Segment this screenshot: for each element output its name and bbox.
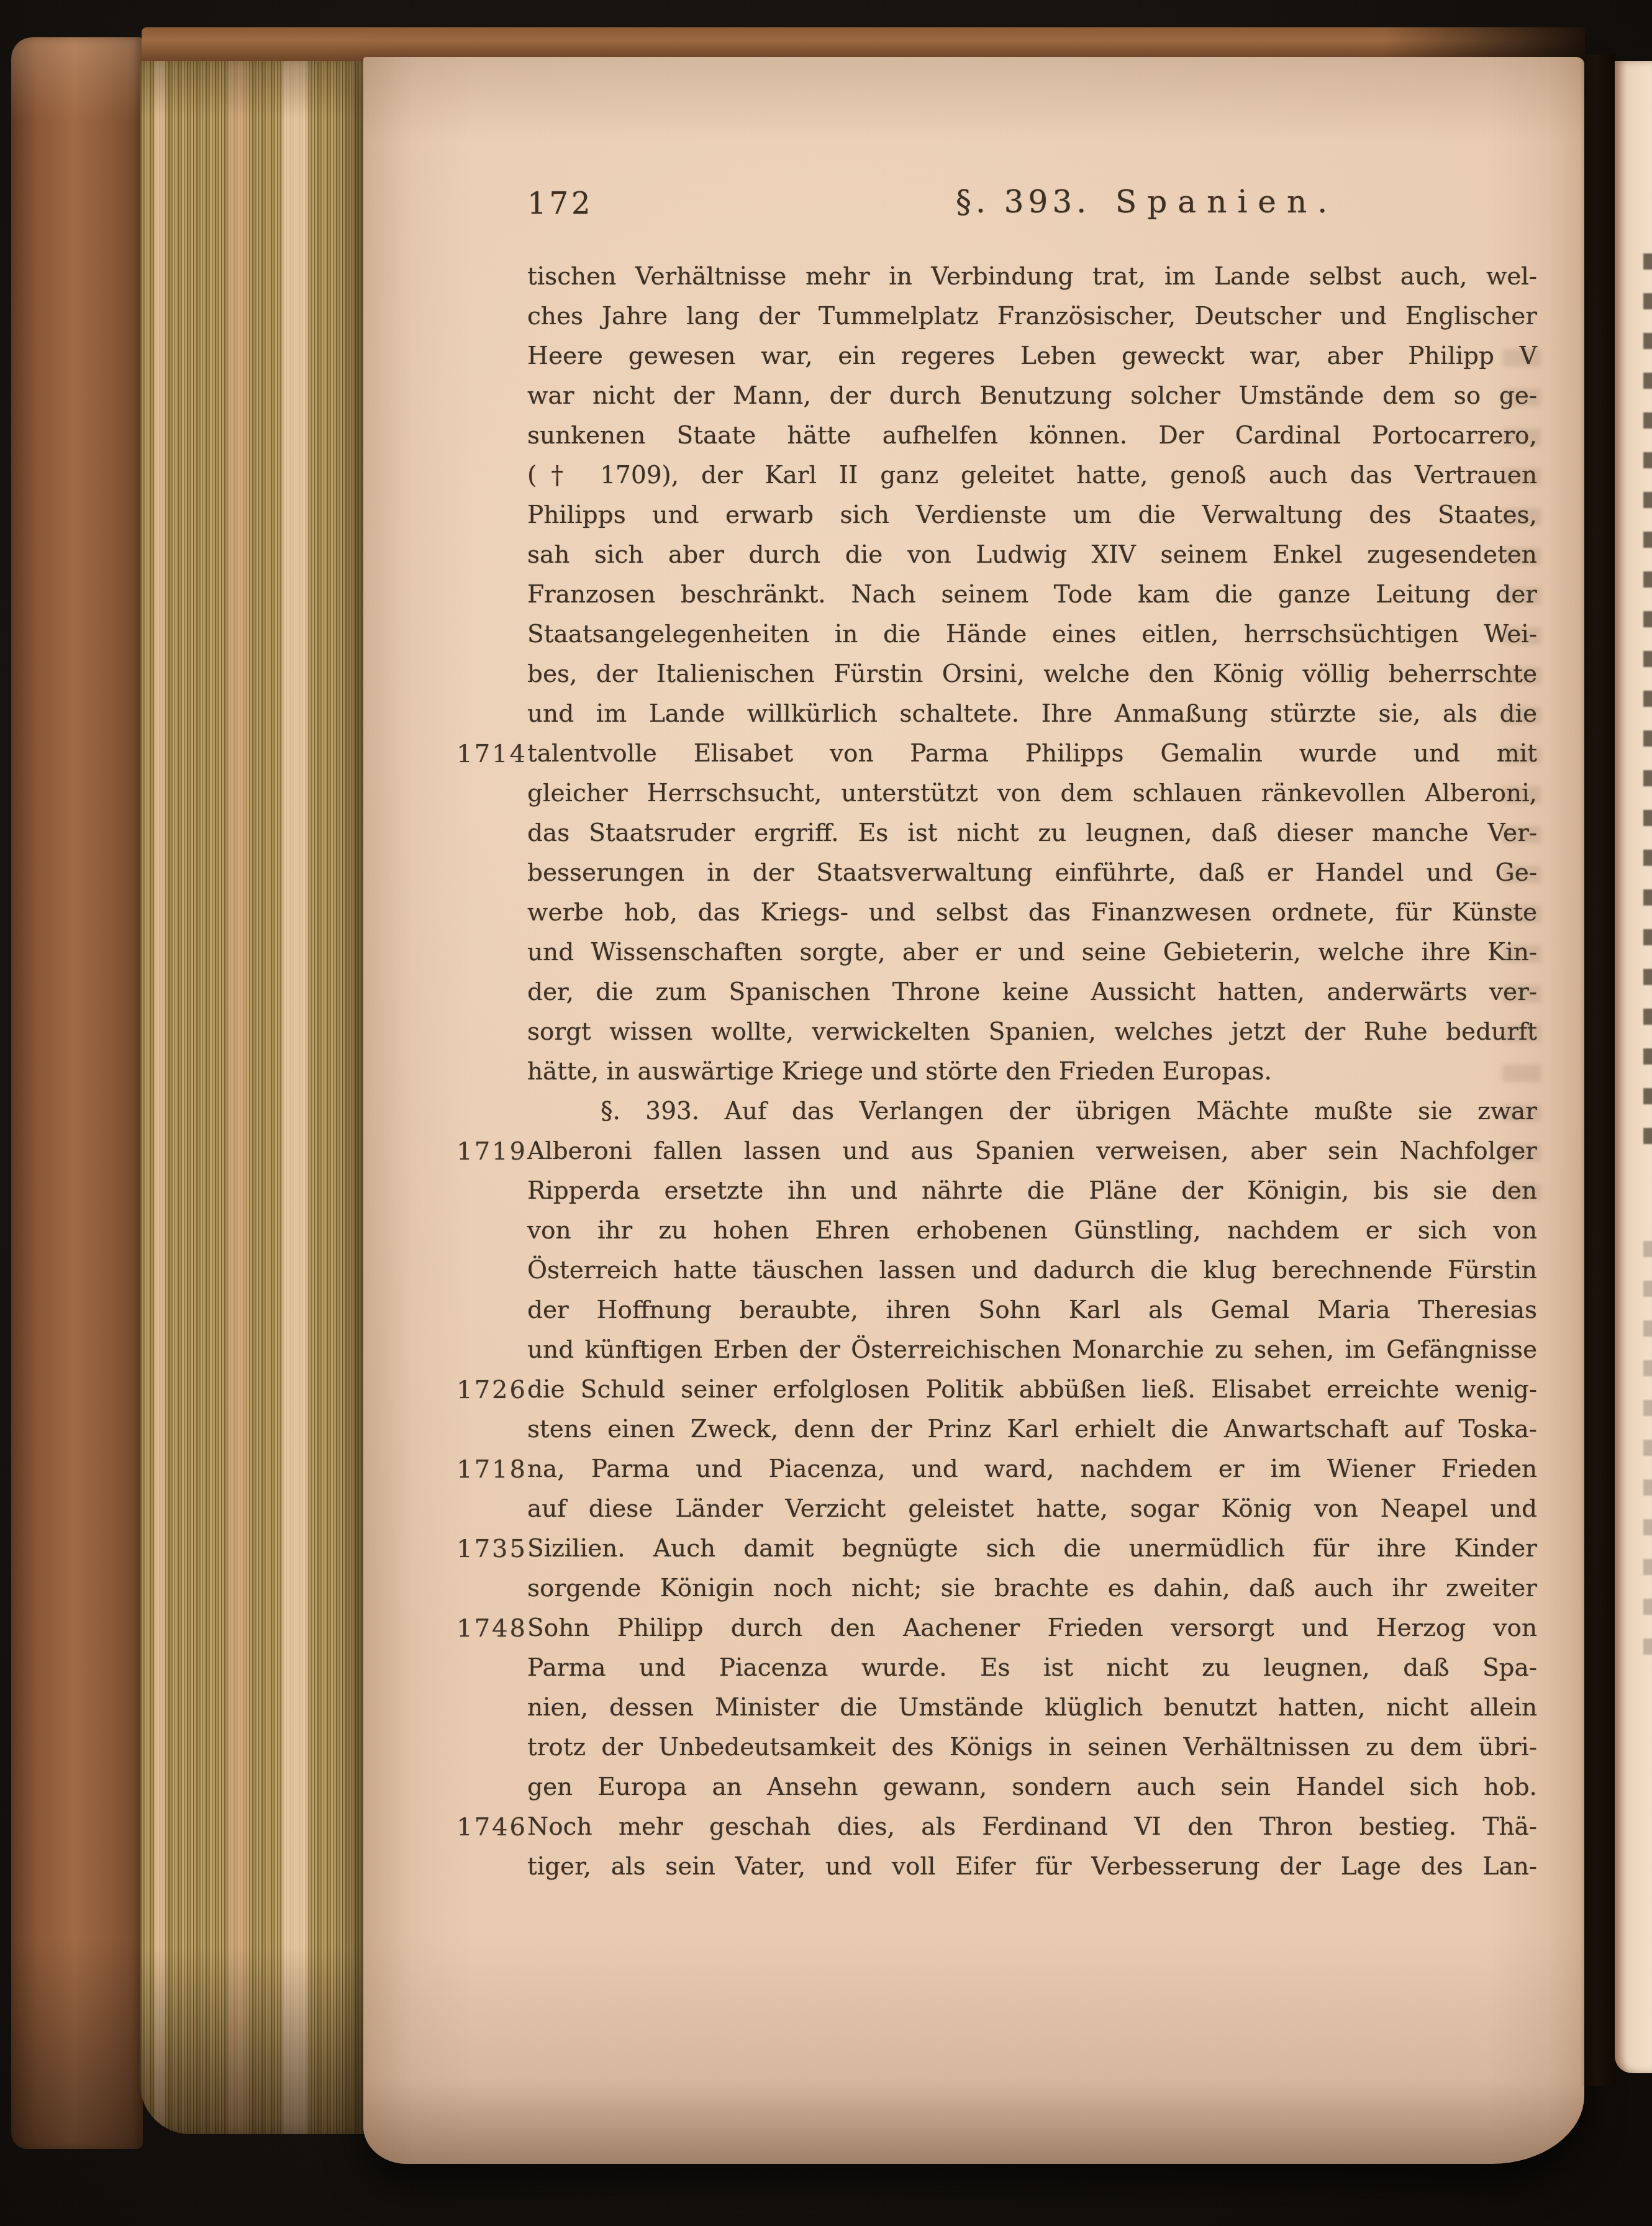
text-line-content: und künftigen Erben der Österreichischen… (527, 1330, 1537, 1370)
text-line-content: auf diese Länder Verzicht geleistet hatt… (527, 1489, 1537, 1529)
text-line: von ihr zu hohen Ehren erhobenen Günstli… (527, 1211, 1537, 1251)
text-line: trotz der Unbedeutsamkeit des Königs in … (527, 1728, 1537, 1768)
text-line: gleicher Herrschsucht, unterstützt von d… (527, 774, 1537, 814)
text-line: Parma und Piacenza wurde. Es ist nicht z… (527, 1648, 1537, 1688)
text-line: tiger, als sein Vater, und voll Eifer fü… (527, 1847, 1537, 1887)
text-line: Ripperda ersetzte ihn und nährte die Plä… (527, 1171, 1537, 1211)
text-line: Franzosen beschränkt. Nach seinem Tode k… (527, 575, 1537, 615)
text-line-content: der, die zum Spanischen Throne keine Aus… (527, 973, 1537, 1012)
margin-year: 1714 (456, 734, 527, 774)
text-line: 1718 na, Parma und Piacenza, und ward, n… (527, 1450, 1537, 1489)
text-line: sorgende Königin noch nicht; sie brachte… (527, 1569, 1537, 1609)
book-cover-left-edge (11, 37, 143, 2149)
text-line-content: gen Europa an Ansehn gewann, sondern auc… (527, 1768, 1537, 1807)
text-line-content: sunkenen Staate hätte aufhelfen können. … (527, 416, 1537, 456)
text-line-content: das Staatsruder ergriff. Es ist nicht zu… (527, 814, 1537, 853)
text-line-content: Philipps und erwarb sich Verdienste um d… (527, 496, 1537, 535)
margin-year: 1726 (456, 1370, 527, 1410)
page-stack-fore-edges (140, 56, 365, 2134)
text-line-content: Ripperda ersetzte ihn und nährte die Plä… (527, 1171, 1537, 1211)
facing-page-text-fragments-lower (1643, 1241, 1652, 1676)
text-line-content: sah sich aber durch die von Ludwig XIV s… (527, 535, 1537, 575)
text-line: 1714 talentvolle Elisabet von Parma Phil… (527, 734, 1537, 774)
section-heading: §. 393.Spanien. (956, 184, 1338, 220)
text-line-content: besserungen in der Staatsverwaltung einf… (527, 853, 1537, 893)
margin-year: 1748 (456, 1609, 527, 1648)
text-line-content: die Schuld seiner erfolglosen Politik ab… (527, 1370, 1537, 1410)
section-title: Spanien. (1115, 184, 1338, 220)
text-line-content: der Hoffnung beraubte, ihren Sohn Karl a… (527, 1291, 1537, 1330)
text-line-content: talentvolle Elisabet von Parma Philipps … (527, 734, 1537, 774)
text-line-content: Staatsangelegenheiten in die Hände eines… (527, 615, 1537, 655)
text-line-content: na, Parma und Piacenza, und ward, nachde… (527, 1450, 1537, 1489)
photo-background: 172 §. 393.Spanien. tischen Verhältnisse… (0, 0, 1652, 2226)
text-line: und künftigen Erben der Österreichischen… (527, 1330, 1537, 1370)
text-line: nien, dessen Minister die Umstände klügl… (527, 1688, 1537, 1728)
text-line-content: §. 393. Auf das Verlangen der übrigen Mä… (527, 1092, 1537, 1132)
text-line-content: war nicht der Mann, der durch Benutzung … (527, 376, 1537, 416)
text-line-content: und Wissenschaften sorgte, aber er und s… (527, 933, 1537, 973)
text-line: 1746 Noch mehr geschah dies, als Ferdina… (527, 1807, 1537, 1847)
page-content: 172 §. 393.Spanien. tischen Verhältnisse… (363, 57, 1584, 2164)
text-line: war nicht der Mann, der durch Benutzung … (527, 376, 1537, 416)
text-line-content: hätte, in auswärtige Kriege und störte d… (527, 1052, 1537, 1092)
text-line: († 1709), der Karl II ganz geleitet hatt… (527, 456, 1537, 496)
margin-year: 1719 (456, 1132, 527, 1171)
text-line: besserungen in der Staatsverwaltung einf… (527, 853, 1537, 893)
text-line-content: von ihr zu hohen Ehren erhobenen Günstli… (527, 1211, 1537, 1251)
text-line: gen Europa an Ansehn gewann, sondern auc… (527, 1768, 1537, 1807)
text-line: Österreich hatte täuschen lassen und dad… (527, 1251, 1537, 1291)
text-line: hätte, in auswärtige Kriege und störte d… (527, 1052, 1537, 1092)
text-line-content: gleicher Herrschsucht, unterstützt von d… (527, 774, 1537, 814)
text-line: 1719 Alberoni fallen lassen und aus Span… (527, 1132, 1537, 1171)
text-line-content: tiger, als sein Vater, und voll Eifer fü… (527, 1847, 1537, 1887)
text-line: 1748 Sohn Philipp durch den Aachener Fri… (527, 1609, 1537, 1648)
text-line: sah sich aber durch die von Ludwig XIV s… (527, 535, 1537, 575)
text-line-content: Sohn Philipp durch den Aachener Frieden … (527, 1609, 1537, 1648)
text-line: auf diese Länder Verzicht geleistet hatt… (527, 1489, 1537, 1529)
text-line-content: Parma und Piacenza wurde. Es ist nicht z… (527, 1648, 1537, 1688)
text-line-content: tischen Verhältnisse mehr in Verbindung … (527, 257, 1537, 297)
margin-year: 1746 (456, 1807, 527, 1847)
text-line-content: sorgt wissen wollte, verwickelten Spanie… (527, 1012, 1537, 1052)
text-line-content: († 1709), der Karl II ganz geleitet hatt… (527, 456, 1537, 496)
text-line-content: Alberoni fallen lassen und aus Spanien v… (527, 1132, 1537, 1171)
text-line: 1726 die Schuld seiner erfolglosen Polit… (527, 1370, 1537, 1410)
text-line: und im Lande willkürlich schaltete. Ihre… (527, 694, 1537, 734)
text-line-content: und im Lande willkürlich schaltete. Ihre… (527, 694, 1537, 734)
section-number: §. 393. (956, 184, 1091, 220)
text-line-content: Noch mehr geschah dies, als Ferdinand VI… (527, 1807, 1537, 1847)
margin-year: 1735 (456, 1529, 527, 1569)
text-line-content: trotz der Unbedeutsamkeit des Königs in … (527, 1728, 1537, 1768)
text-line: bes, der Italienischen Fürstin Orsini, w… (527, 655, 1537, 694)
book-top-edge (142, 27, 1585, 61)
text-line: tischen Verhältnisse mehr in Verbindung … (527, 257, 1537, 297)
facing-page-sliver (1615, 61, 1652, 2073)
text-line-content: Heere gewesen war, ein regeres Leben gew… (527, 337, 1537, 376)
text-line-content: ches Jahre lang der Tummelplatz Französi… (527, 297, 1537, 337)
text-line: 1735 Sizilien. Auch damit begnügte sich … (527, 1529, 1537, 1569)
text-line-content: Franzosen beschränkt. Nach seinem Tode k… (527, 575, 1537, 615)
text-line: stens einen Zweck, denn der Prinz Karl e… (527, 1410, 1537, 1450)
book-page: 172 §. 393.Spanien. tischen Verhältnisse… (363, 57, 1584, 2164)
text-line: der Hoffnung beraubte, ihren Sohn Karl a… (527, 1291, 1537, 1330)
text-line-content: sorgende Königin noch nicht; sie brachte… (527, 1569, 1537, 1609)
page-gutter-shadow (1580, 55, 1616, 2086)
text-line-content: Österreich hatte täuschen lassen und dad… (527, 1251, 1537, 1291)
page-number: 172 (527, 186, 594, 221)
text-line: und Wissenschaften sorgte, aber er und s… (527, 933, 1537, 973)
text-line: Staatsangelegenheiten in die Hände eines… (527, 615, 1537, 655)
text-line-content: nien, dessen Minister die Umstände klügl… (527, 1688, 1537, 1728)
text-line: sunkenen Staate hätte aufhelfen können. … (527, 416, 1537, 456)
text-line: Philipps und erwarb sich Verdienste um d… (527, 496, 1537, 535)
text-line: sorgt wissen wollte, verwickelten Spanie… (527, 1012, 1537, 1052)
text-line-content: stens einen Zweck, denn der Prinz Karl e… (527, 1410, 1537, 1450)
text-line: §. 393. Auf das Verlangen der übrigen Mä… (527, 1092, 1537, 1132)
text-line: Heere gewesen war, ein regeres Leben gew… (527, 337, 1537, 376)
text-line: das Staatsruder ergriff. Es ist nicht zu… (527, 814, 1537, 853)
text-line: ches Jahre lang der Tummelplatz Französi… (527, 297, 1537, 337)
text-line-content: bes, der Italienischen Fürstin Orsini, w… (527, 655, 1537, 694)
text-line-content: werbe hob, das Kriegs- und selbst das Fi… (527, 893, 1537, 933)
text-line: der, die zum Spanischen Throne keine Aus… (527, 973, 1537, 1012)
facing-page-text-fragments (1643, 253, 1652, 1154)
body-text: tischen Verhältnisse mehr in Verbindung … (527, 257, 1537, 1887)
margin-year: 1718 (456, 1450, 527, 1489)
running-head: 172 §. 393.Spanien. (527, 181, 1537, 226)
text-line-content: Sizilien. Auch damit begnügte sich die u… (527, 1529, 1537, 1569)
text-line: werbe hob, das Kriegs- und selbst das Fi… (527, 893, 1537, 933)
